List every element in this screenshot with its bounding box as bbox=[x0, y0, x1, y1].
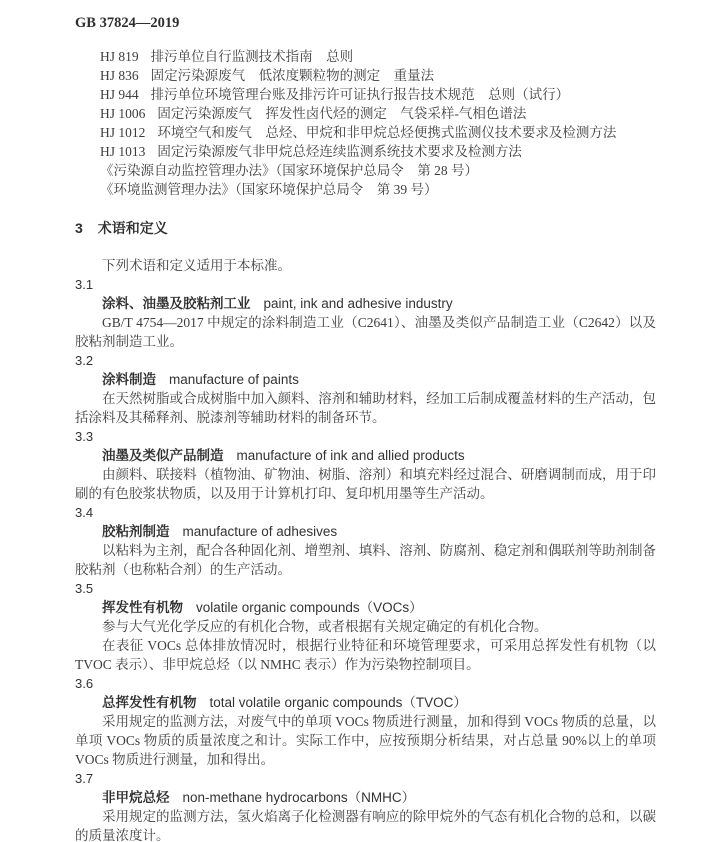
term-block: 3.6 总挥发性有机物total volatile organic compou… bbox=[75, 674, 656, 769]
reference-item: 《环境监测管理办法》（国家环境保护总局令 第 39 号） bbox=[100, 180, 656, 199]
term-definition: GB/T 4754—2017 中规定的涂料制造工业（C2641）、油墨及类似产品… bbox=[75, 313, 656, 351]
term-title: 非甲烷总烃non-methane hydrocarbons（NMHC） bbox=[75, 788, 656, 807]
term-chinese-name: 涂料制造 bbox=[102, 372, 156, 387]
reference-title: 环境空气和废气 总烃、甲烷和非甲烷总烃便携式监测仪技术要求及检测方法 bbox=[157, 125, 616, 140]
term-chinese-name: 胶粘剂制造 bbox=[102, 524, 170, 539]
standard-number-header: GB 37824—2019 bbox=[75, 14, 656, 33]
reference-item: HJ 1013固定污染源废气非甲烷总烃连续监测系统技术要求及检测方法 bbox=[100, 142, 656, 161]
term-block: 3.4 胶粘剂制造manufacture of adhesives 以粘料为主剂… bbox=[75, 503, 656, 579]
term-title: 涂料制造manufacture of paints bbox=[75, 370, 656, 389]
term-definition: 在天然树脂或合成树脂中加入颜料、溶剂和辅助材料，经加工后制成覆盖材料的生产活动，… bbox=[75, 389, 656, 427]
section-heading: 3术语和定义 bbox=[75, 219, 656, 238]
term-english-name: total volatile organic compounds（TVOC） bbox=[210, 695, 467, 710]
term-title: 涂料、油墨及胶粘剂工业paint, ink and adhesive indus… bbox=[75, 294, 656, 313]
reference-item: HJ 1012环境空气和废气 总烃、甲烷和非甲烷总烃便携式监测仪技术要求及检测方… bbox=[100, 123, 656, 142]
term-chinese-name: 涂料、油墨及胶粘剂工业 bbox=[102, 296, 251, 311]
term-number: 3.5 bbox=[75, 579, 656, 598]
term-block: 3.1 涂料、油墨及胶粘剂工业paint, ink and adhesive i… bbox=[75, 275, 656, 351]
term-number: 3.1 bbox=[75, 275, 656, 294]
term-definition: 在表征 VOCs 总体排放情况时，根据行业特征和环境管理要求，可采用总挥发性有机… bbox=[75, 636, 656, 674]
term-chinese-name: 总挥发性有机物 bbox=[102, 695, 197, 710]
reference-code: HJ 1006 bbox=[100, 106, 145, 121]
term-number: 3.6 bbox=[75, 674, 656, 693]
term-title: 油墨及类似产品制造manufacture of ink and allied p… bbox=[75, 446, 656, 465]
term-number: 3.2 bbox=[75, 351, 656, 370]
terms-list: 3.1 涂料、油墨及胶粘剂工业paint, ink and adhesive i… bbox=[75, 275, 656, 842]
term-english-name: manufacture of adhesives bbox=[183, 524, 338, 539]
reference-title: 固定污染源废气 挥发性卤代烃的测定 气袋采样-气相色谱法 bbox=[157, 106, 526, 121]
term-definition: 采用规定的监测方法，氢火焰离子化检测器有响应的除甲烷外的气态有机化合物的总和，以… bbox=[75, 807, 656, 842]
term-block: 3.7 非甲烷总烃non-methane hydrocarbons（NMHC） … bbox=[75, 769, 656, 842]
reference-code: HJ 819 bbox=[100, 49, 139, 64]
reference-title: 排污单位自行监测技术指南 总则 bbox=[151, 49, 354, 64]
reference-code: HJ 944 bbox=[100, 87, 139, 102]
reference-code: HJ 1012 bbox=[100, 125, 145, 140]
term-number: 3.7 bbox=[75, 769, 656, 788]
reference-title: 固定污染源废气 低浓度颗粒物的测定 重量法 bbox=[151, 68, 435, 83]
term-definition: 参与大气光化学反应的有机化合物，或者根据有关规定确定的有机化合物。 bbox=[75, 617, 656, 636]
term-chinese-name: 挥发性有机物 bbox=[102, 600, 183, 615]
term-definition: 由颜料、联接料（植物油、矿物油、树脂、溶剂）和填充料经过混合、研磨调制而成，用于… bbox=[75, 465, 656, 503]
term-definition: 采用规定的监测方法，对废气中的单项 VOCs 物质进行测量，加和得到 VOCs … bbox=[75, 712, 656, 769]
reference-item: HJ 819排污单位自行监测技术指南 总则 bbox=[100, 47, 656, 66]
term-block: 3.2 涂料制造manufacture of paints 在天然树脂或合成树脂… bbox=[75, 351, 656, 427]
reference-code: HJ 1013 bbox=[100, 144, 145, 159]
section-number: 3 bbox=[75, 220, 83, 236]
reference-item: HJ 836固定污染源废气 低浓度颗粒物的测定 重量法 bbox=[100, 66, 656, 85]
term-english-name: paint, ink and adhesive industry bbox=[264, 296, 453, 311]
normative-references-list: HJ 819排污单位自行监测技术指南 总则 HJ 836固定污染源废气 低浓度颗… bbox=[75, 47, 656, 199]
term-english-name: manufacture of ink and allied products bbox=[237, 448, 465, 463]
term-block: 3.5 挥发性有机物volatile organic compounds（VOC… bbox=[75, 579, 656, 674]
term-title: 挥发性有机物volatile organic compounds（VOCs） bbox=[75, 598, 656, 617]
term-title: 总挥发性有机物total volatile organic compounds（… bbox=[75, 693, 656, 712]
reference-title: 排污单位环境管理台账及排污许可证执行报告技术规范 总则（试行） bbox=[151, 87, 570, 102]
reference-item: 《污染源自动监控管理办法》（国家环境保护总局令 第 28 号） bbox=[100, 161, 656, 180]
reference-title: 《污染源自动监控管理办法》（国家环境保护总局令 第 28 号） bbox=[100, 163, 478, 178]
section-intro: 下列术语和定义适用于本标准。 bbox=[75, 256, 656, 275]
term-english-name: non-methane hydrocarbons（NMHC） bbox=[183, 790, 416, 805]
term-title: 胶粘剂制造manufacture of adhesives bbox=[75, 522, 656, 541]
term-english-name: manufacture of paints bbox=[169, 372, 299, 387]
term-number: 3.3 bbox=[75, 427, 656, 446]
section-title: 术语和定义 bbox=[98, 220, 168, 236]
term-chinese-name: 油墨及类似产品制造 bbox=[102, 448, 224, 463]
term-block: 3.3 油墨及类似产品制造manufacture of ink and alli… bbox=[75, 427, 656, 503]
term-definition: 以粘料为主剂，配合各种固化剂、增塑剂、填料、溶剂、防腐剂、稳定剂和偶联剂等助剂制… bbox=[75, 541, 656, 579]
reference-item: HJ 944排污单位环境管理台账及排污许可证执行报告技术规范 总则（试行） bbox=[100, 85, 656, 104]
term-number: 3.4 bbox=[75, 503, 656, 522]
reference-title: 《环境监测管理办法》（国家环境保护总局令 第 39 号） bbox=[100, 182, 438, 197]
document-page: GB 37824—2019 HJ 819排污单位自行监测技术指南 总则 HJ 8… bbox=[0, 0, 728, 842]
reference-item: HJ 1006固定污染源废气 挥发性卤代烃的测定 气袋采样-气相色谱法 bbox=[100, 104, 656, 123]
reference-code: HJ 836 bbox=[100, 68, 139, 83]
term-english-name: volatile organic compounds（VOCs） bbox=[196, 600, 423, 615]
term-chinese-name: 非甲烷总烃 bbox=[102, 790, 170, 805]
reference-title: 固定污染源废气非甲烷总烃连续监测系统技术要求及检测方法 bbox=[157, 144, 522, 159]
